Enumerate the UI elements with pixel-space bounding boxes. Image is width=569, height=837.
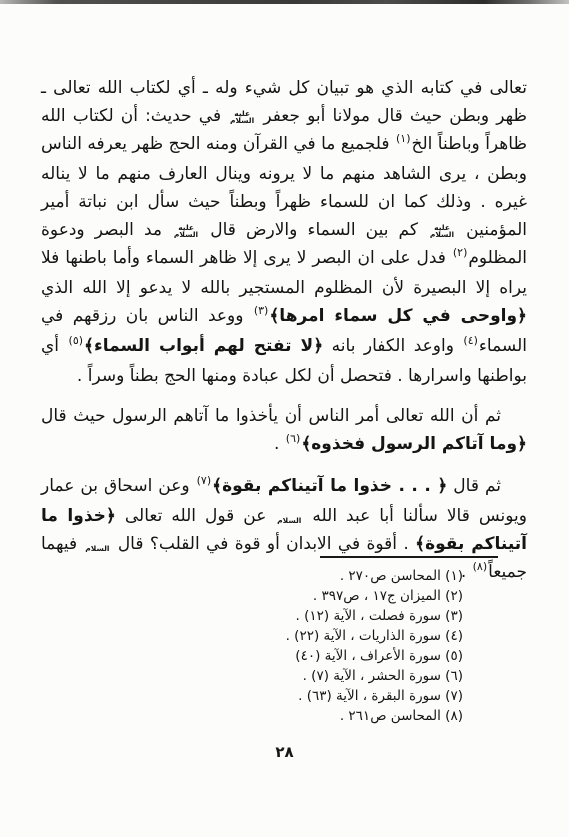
scan-edge-artifact [0, 0, 569, 4]
footnote: (٥) سورة الأعراف ، الآية (٤٠) [286, 646, 463, 666]
footnote-ref: (٢) [453, 246, 468, 259]
footnotes-list: (١) المحاسن ص٢٧٠ .(٢) الميزان ج١٧ ، ص٣٩٧… [286, 566, 463, 726]
body-text-segment: ثم قال [447, 476, 501, 496]
body-text-segment: عن قول الله تعالى [116, 506, 276, 526]
body-text-segment: كم بين السماء والارض قال [200, 220, 428, 240]
honorific-symbol: عليه السلام [430, 224, 454, 238]
body-text-segment: ثم أن الله تعالى أمر الناس أن يأخذوا ما … [41, 406, 501, 426]
footnote-ref: (٥) [69, 334, 84, 347]
footnote-ref: (٤) [463, 334, 478, 347]
body-text-segment: . [274, 434, 285, 454]
footnote: (٣) سورة فصلت ، الآية (١٢) . [286, 606, 463, 626]
footnote: (٢) الميزان ج١٧ ، ص٣٩٧ . [286, 586, 463, 606]
quran-quote: ﴿لا تفتح لهم أبواب السماء﴾ [84, 336, 323, 356]
paragraph: ثم أن الله تعالى أمر الناس أن يأخذوا ما … [41, 402, 527, 460]
body-text: تعالى في كتابه الذي هو تبيان كل شيء وله … [41, 74, 527, 600]
footnote: (٨) المحاسن ص٢٦١ . [286, 706, 463, 726]
footnote-ref: (٧) [197, 474, 212, 487]
quran-quote: ﴿ . . . خذوا ما آتيناكم بقوة﴾ [212, 476, 447, 496]
book-page: تعالى في كتابه الذي هو تبيان كل شيء وله … [0, 0, 569, 837]
quran-quote: ﴿واوحى في كل سماء امرها﴾ [269, 306, 527, 326]
honorific-symbol: عليه السلام [230, 110, 254, 124]
body-text-segment: . أقوة في الابدان أو قوة في القلب؟ قال [111, 534, 415, 554]
quran-quote: ﴿وما آتاكم الرسول فخذوه﴾ [301, 434, 527, 454]
footnote-separator [320, 556, 498, 558]
footnote: (١) المحاسن ص٢٧٠ . [286, 566, 463, 586]
honorific-symbol: عليه السلام [277, 510, 301, 524]
footnote-ref: (٦) [286, 432, 301, 445]
footnote: (٦) سورة الحشر ، الآية (٧) . [286, 666, 463, 686]
footnote: (٧) سورة البقرة ، الآية (٦٣) . [286, 686, 463, 706]
footnote-ref: (١) [396, 132, 411, 145]
page-number: ٢٨ [0, 743, 569, 761]
body-text-segment: واوعد الكفار بانه [323, 336, 462, 356]
honorific-symbol: عليه السلام [174, 224, 198, 238]
honorific-symbol: عليه السلام [85, 538, 109, 552]
footnote: (٤) سورة الذاريات ، الآية (٢٢) . [286, 626, 463, 646]
footnote-ref: (٨) [473, 560, 488, 573]
paragraph: تعالى في كتابه الذي هو تبيان كل شيء وله … [41, 74, 527, 390]
footnote-ref: (٣) [254, 304, 269, 317]
